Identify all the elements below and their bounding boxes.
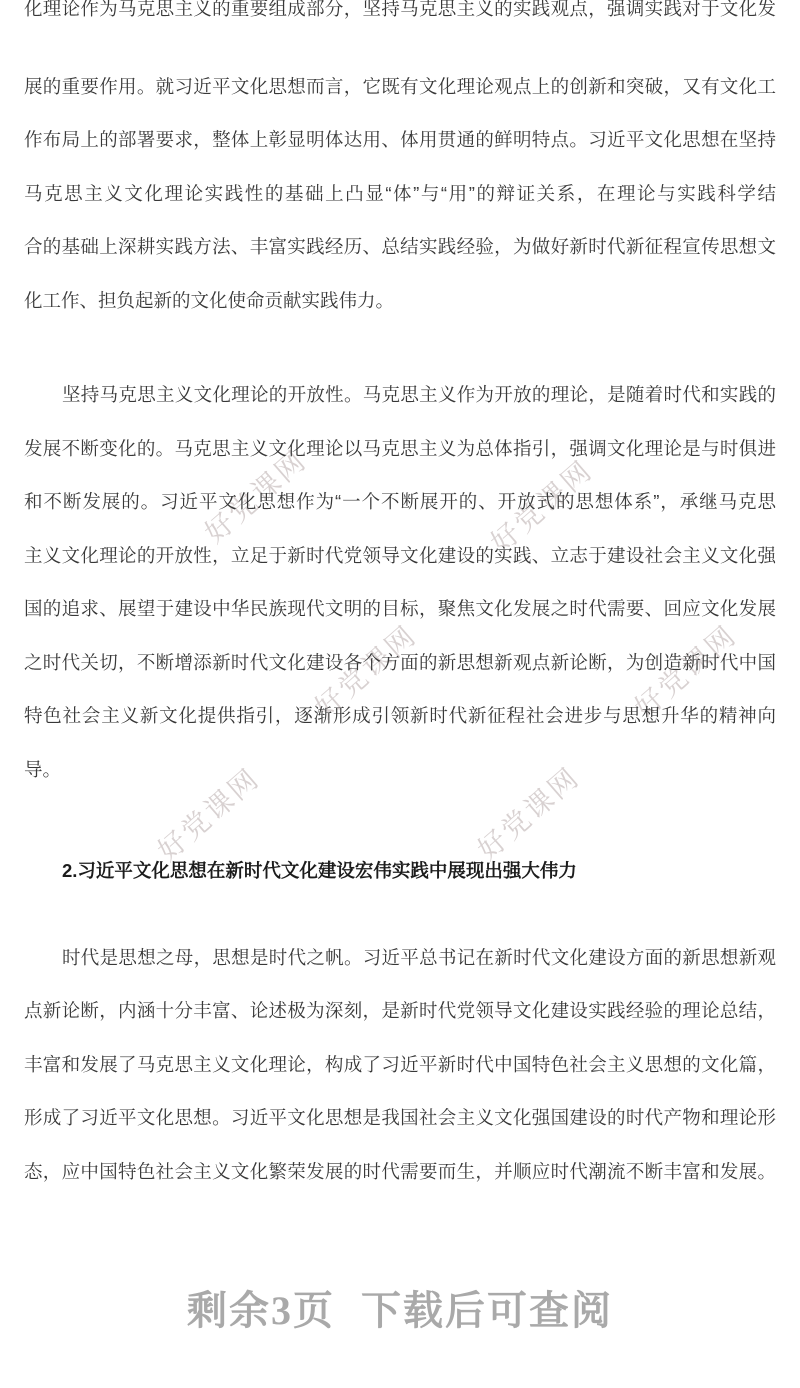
text-line: 马克思主义文化理论实践性的基础上凸显“体”与“用”的辩证关系，在理论与实践科学结	[24, 167, 776, 221]
text-line: 发展不断变化的。马克思主义文化理论以马克思主义为总体指引，强调文化理论是与时俱进	[24, 422, 776, 476]
text-line: 点新论断，内涵十分丰富、论述极为深刻，是新时代党领导文化建设实践经验的理论总结，	[24, 984, 776, 1038]
paragraph: 坚持马克思主义文化理论的开放性。马克思主义作为开放的理论，是随着时代和实践的发展…	[24, 368, 776, 796]
text-line: 国的追求、展望于建设中华民族现代文明的目标，聚焦文化发展之时代需要、回应文化发展	[24, 582, 776, 636]
text-line: 主义文化理论的开放性，立足于新时代党领导文化建设的实践、立志于建设社会主义文化强	[24, 529, 776, 583]
text-line: 之时代关切，不断增添新时代文化建设各个方面的新思想新观点新论断，为创造新时代中国	[24, 636, 776, 690]
text-line: 化理论作为马克思主义的重要组成部分，坚持马克思主义的实践观点，强调实践对于文化发	[24, 0, 776, 36]
text-line: 化工作、担负起新的文化使命贡献实践伟力。	[24, 274, 776, 328]
text-line: 时代是思想之母，思想是时代之帆。习近平总书记在新时代文化建设方面的新思想新观	[24, 931, 776, 985]
text-line: 和不断发展的。习近平文化思想作为“一个不断展开的、开放式的思想体系”，承继马克思	[24, 475, 776, 529]
paragraph: 展的重要作用。就习近平文化思想而言，它既有文化理论观点上的创新和突破，又有文化工…	[24, 60, 776, 328]
text-line: 作布局上的部署要求，整体上彰显明体达用、体用贯通的鲜明特点。习近平文化思想在坚持	[24, 113, 776, 167]
section-heading: 2.习近平文化思想在新时代文化建设宏伟实践中展现出强大伟力	[24, 844, 776, 898]
text-line: 形成了习近平文化思想。习近平文化思想是我国社会主义文化强国建设的时代产物和理论形	[24, 1091, 776, 1145]
remaining-pages-label: 剩余3页	[187, 1288, 335, 1333]
text-line: 2.习近平文化思想在新时代文化建设宏伟实践中展现出强大伟力	[24, 844, 776, 898]
text-line: 导。	[24, 743, 776, 797]
text-line: 丰富和发展了马克思主义文化理论，构成了习近平新时代中国特色社会主义思想的文化篇，	[24, 1038, 776, 1092]
preview-footer: 剩余3页下载后可查阅	[0, 1284, 800, 1338]
paragraph: 化理论作为马克思主义的重要组成部分，坚持马克思主义的实践观点，强调实践对于文化发	[24, 0, 776, 36]
paragraph: 时代是思想之母，思想是时代之帆。习近平总书记在新时代文化建设方面的新思想新观点新…	[24, 931, 776, 1199]
document-page: 好党课网好党课网好党课网好党课网好党课网好党课网 化理论作为马克思主义的重要组成…	[0, 0, 800, 1388]
text-line: 展的重要作用。就习近平文化思想而言，它既有文化理论观点上的创新和突破，又有文化工	[24, 60, 776, 114]
text-line: 坚持马克思主义文化理论的开放性。马克思主义作为开放的理论，是随着时代和实践的	[24, 368, 776, 422]
text-line: 合的基础上深耕实践方法、丰富实践经历、总结实践经验，为做好新时代新征程宣传思想文	[24, 220, 776, 274]
text-line: 态，应中国特色社会主义文化繁荣发展的时代需要而生，并顺应时代潮流不断丰富和发展。	[24, 1145, 776, 1199]
download-hint-label: 下载后可查阅	[361, 1288, 613, 1333]
text-line: 特色社会主义新文化提供指引，逐渐形成引领新时代新征程社会进步与思想升华的精神向	[24, 689, 776, 743]
document-content: 化理论作为马克思主义的重要组成部分，坚持马克思主义的实践观点，强调实践对于文化发…	[0, 0, 800, 1198]
